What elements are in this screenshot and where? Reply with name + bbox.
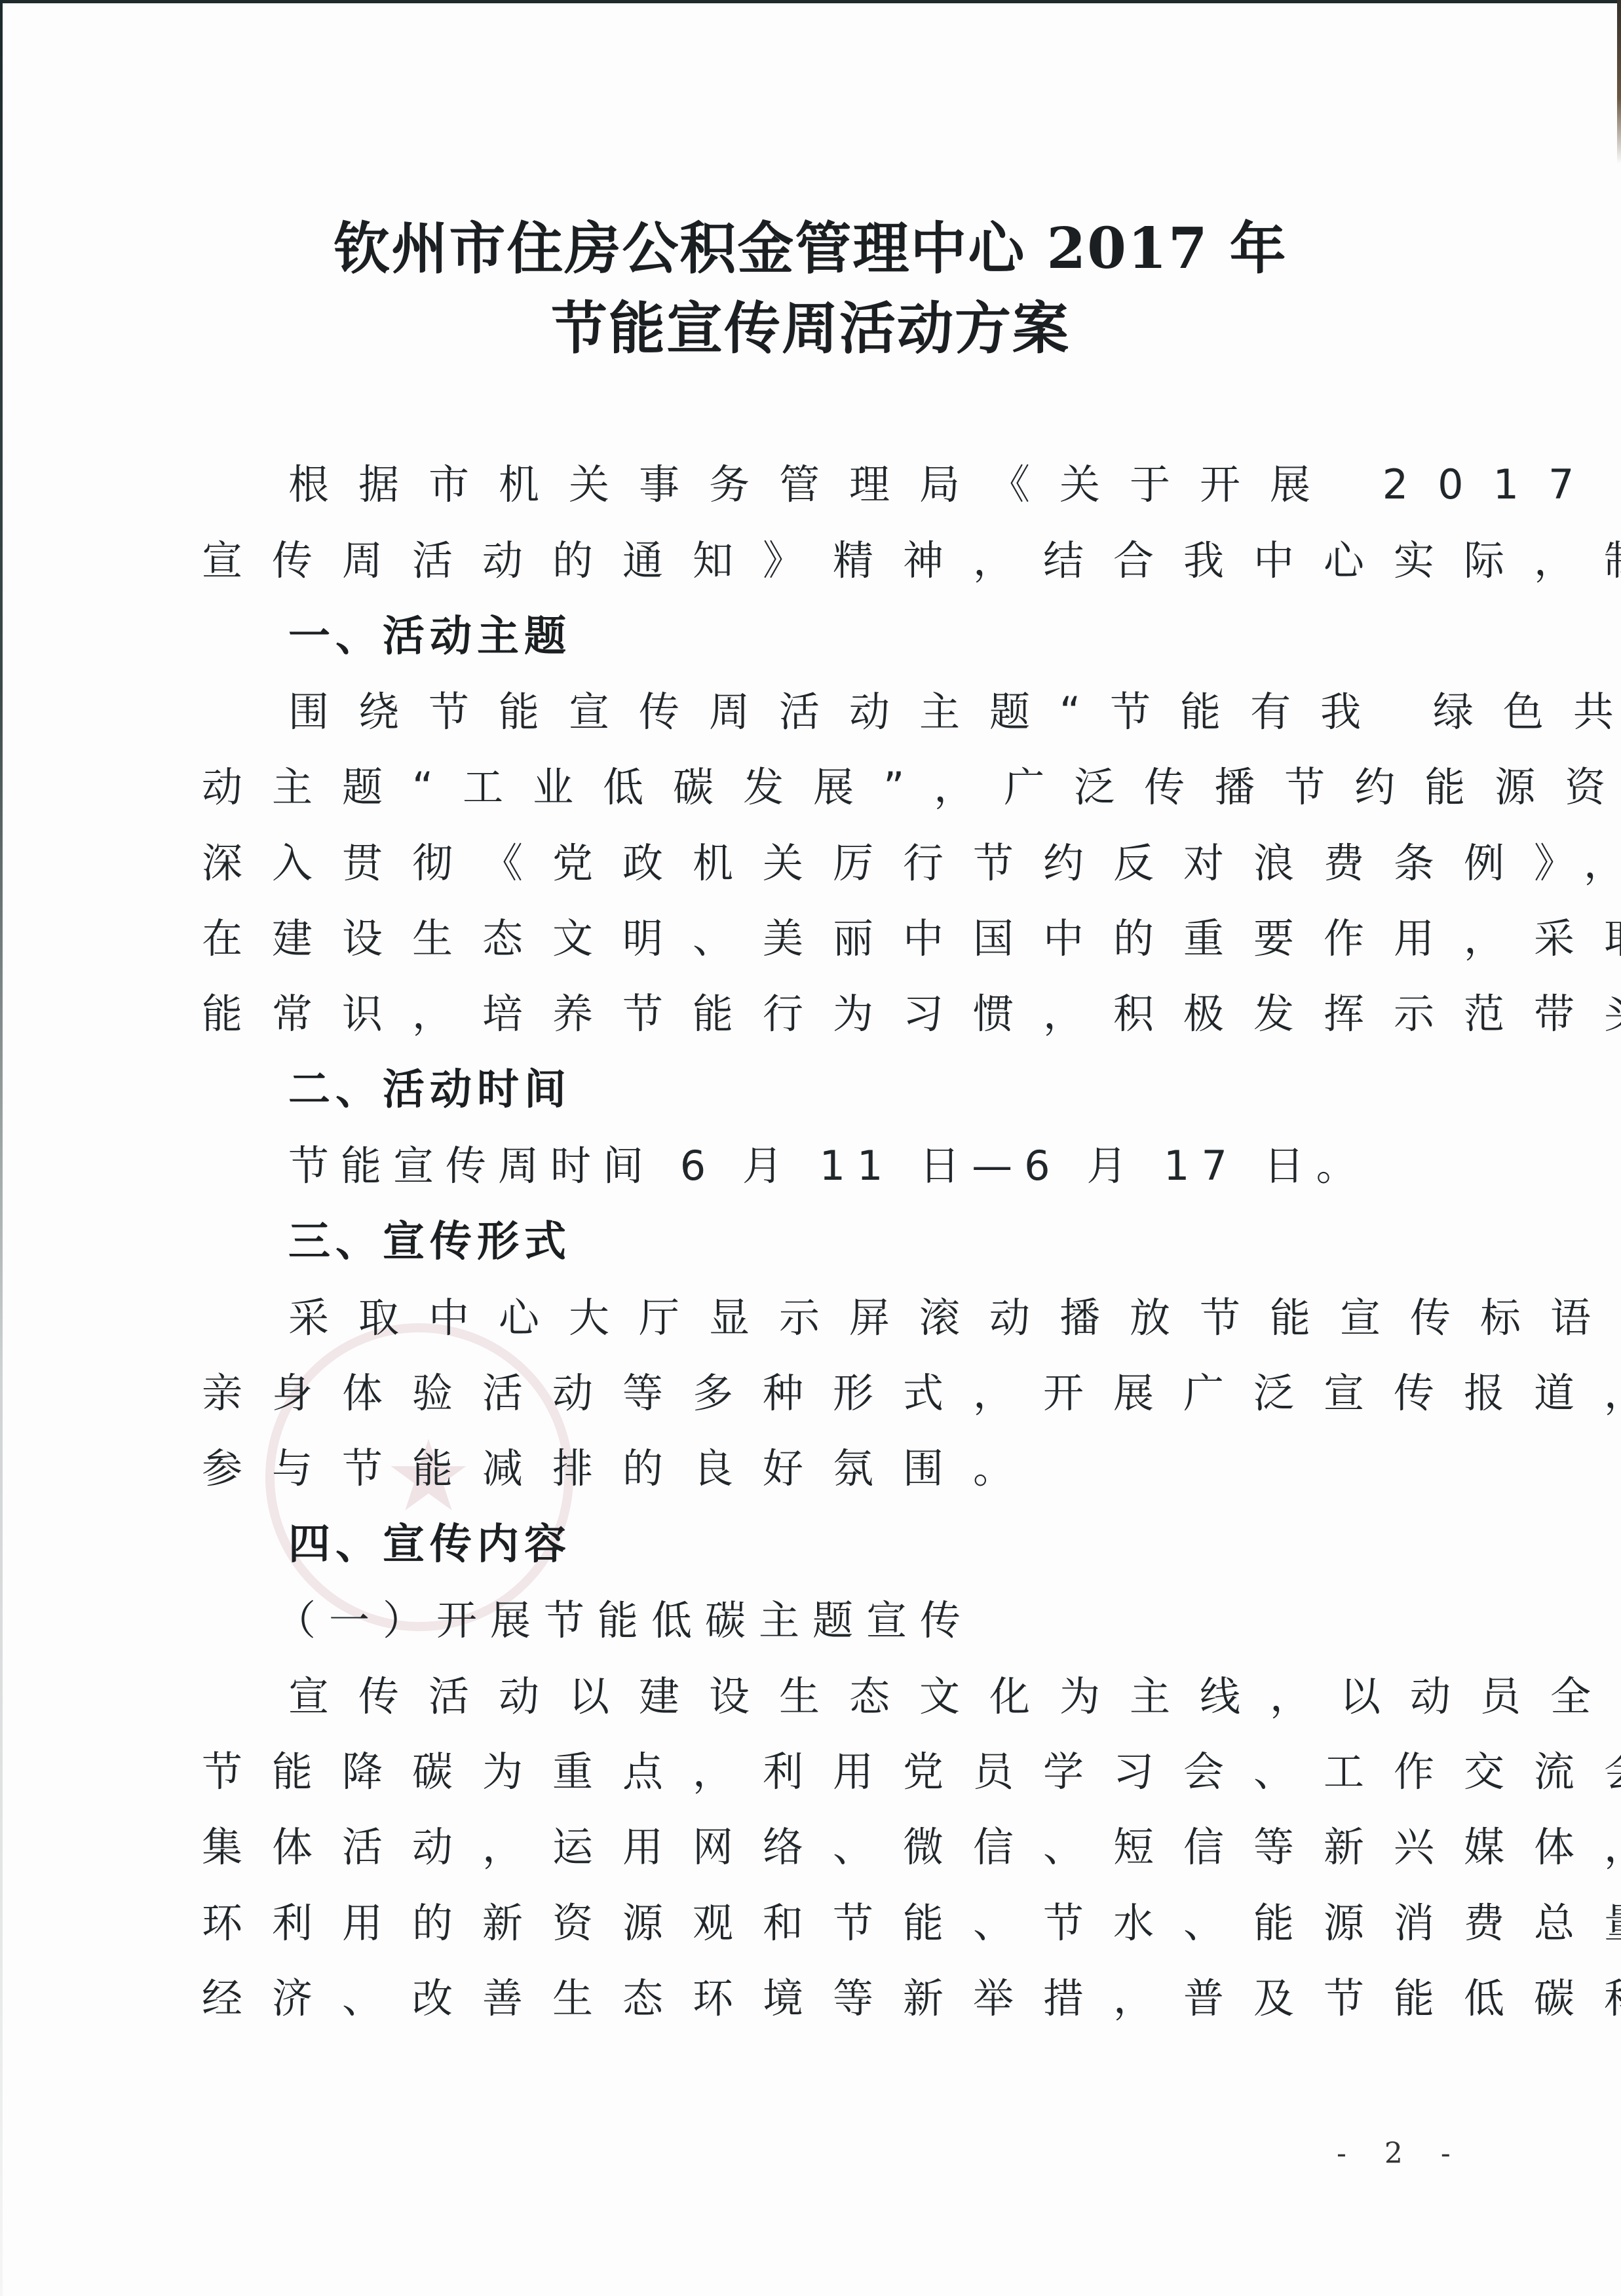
section-heading-time: 二、活动时间 (288, 1064, 1533, 1116)
section-4-line-2: 节能降碳为重点，利用党员学习会、工作交流会、运行分析会等 (202, 1746, 1447, 1798)
section-4-subheading: （一）开展节能低碳主题宣传 (275, 1594, 1520, 1647)
document-title-line-2: 节能宣传周活动方案 (0, 283, 1621, 364)
document-page: ★ 钦州市住房公积金管理中心 2017 年 节能宣传周活动方案 根据市机关事务管… (0, 0, 1621, 2296)
section-3-line-2: 亲身体验活动等多种形式，开展广泛宣传报道，营造全社会共同 (202, 1367, 1447, 1420)
section-3-line-3: 参与节能减排的良好氛围。 (202, 1442, 1447, 1495)
scan-edge-top (0, 0, 1621, 3)
section-heading-content: 四、宣传内容 (288, 1518, 1533, 1571)
intro-line-1: 根据市机关事务管理局《关于开展 2017 年全市公共机构节能 (288, 459, 1533, 511)
section-2-line-1: 节能宣传周时间 6 月 11 日—6 月 17 日。 (288, 1140, 1533, 1192)
section-1-line-1: 围绕节能宣传周活动主题“节能有我 绿色共享”，低碳日活 (288, 686, 1533, 738)
section-4-line-3: 集体活动，运用网络、微信、短信等新兴媒体，宣传节约集约循 (202, 1821, 1447, 1873)
section-4-line-5: 经济、改善生态环境等新举措，普及节能低碳科学知识，形成崇 (202, 1972, 1447, 2025)
section-1-line-5: 能常识，培养节能行为习惯，积极发挥示范带头作用。 (202, 988, 1447, 1040)
section-4-line-1: 宣传活动以建设生态文化为主线，以动员全体干部职工参与 (288, 1670, 1533, 1723)
intro-line-2: 宣传周活动的通知》精神，结合我中心实际，制定本实施方案。 (202, 535, 1447, 587)
section-heading-theme: 一、活动主题 (288, 611, 1533, 663)
section-4-line-4: 环利用的新资源观和节能、节水、能源消费总量控制、发展循环 (202, 1897, 1447, 1949)
section-1-line-3: 深入贯彻《党政机关厉行节约反对浪费条例》，积极宣传公共机构 (202, 837, 1447, 890)
section-heading-form: 三、宣传形式 (288, 1216, 1533, 1268)
section-3-line-1: 采取中心大厅显示屏滚动播放节能宣传标语、摆放宣传板报、 (288, 1292, 1533, 1344)
document-title-line-1: 钦州市住房公积金管理中心 2017 年 (0, 203, 1621, 284)
scan-edge-right (1617, 0, 1621, 164)
section-1-line-2: 动主题“工业低碳发展”，广泛传播节约能源资源和生态文明理念， (202, 761, 1447, 814)
section-1-line-4: 在建设生态文明、美丽中国中的重要作用，采取多种形式普及节 (202, 913, 1447, 965)
page-number: - 2 - (1337, 2137, 1465, 2170)
